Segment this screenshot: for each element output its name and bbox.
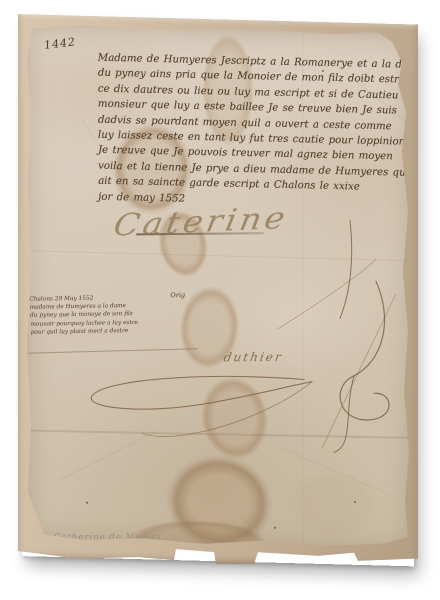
letter-text-block: Madame de Humyeres Jescriptz a la Romane… — [98, 51, 413, 212]
catalog-number: 1442 — [43, 35, 76, 52]
crease-line — [278, 446, 390, 495]
marginal-note-line: pour quil luy plaist mect a destre — [31, 326, 189, 337]
stain — [274, 459, 394, 552]
ink-speck — [86, 502, 88, 504]
ink-speck — [274, 527, 276, 529]
marginal-note-mark: Orig — [170, 291, 185, 299]
crease-line — [24, 430, 414, 439]
stain — [186, 362, 283, 475]
crease-line — [24, 250, 414, 261]
letter-paper: 1442 Madame de Humyeres Jescriptz a la R… — [24, 22, 414, 552]
crease-line — [26, 348, 198, 354]
photo-background: 1442 Madame de Humyeres Jescriptz a la R… — [0, 0, 440, 600]
manuscript-photo: 1442 Madame de Humyeres Jescriptz a la R… — [18, 14, 418, 570]
marginal-note: Orig Chalons 29 May 1552 madame de Humye… — [29, 293, 189, 337]
ink-speck — [354, 501, 356, 503]
crease-line — [60, 430, 158, 480]
secretary-signature: duthier — [223, 350, 285, 364]
